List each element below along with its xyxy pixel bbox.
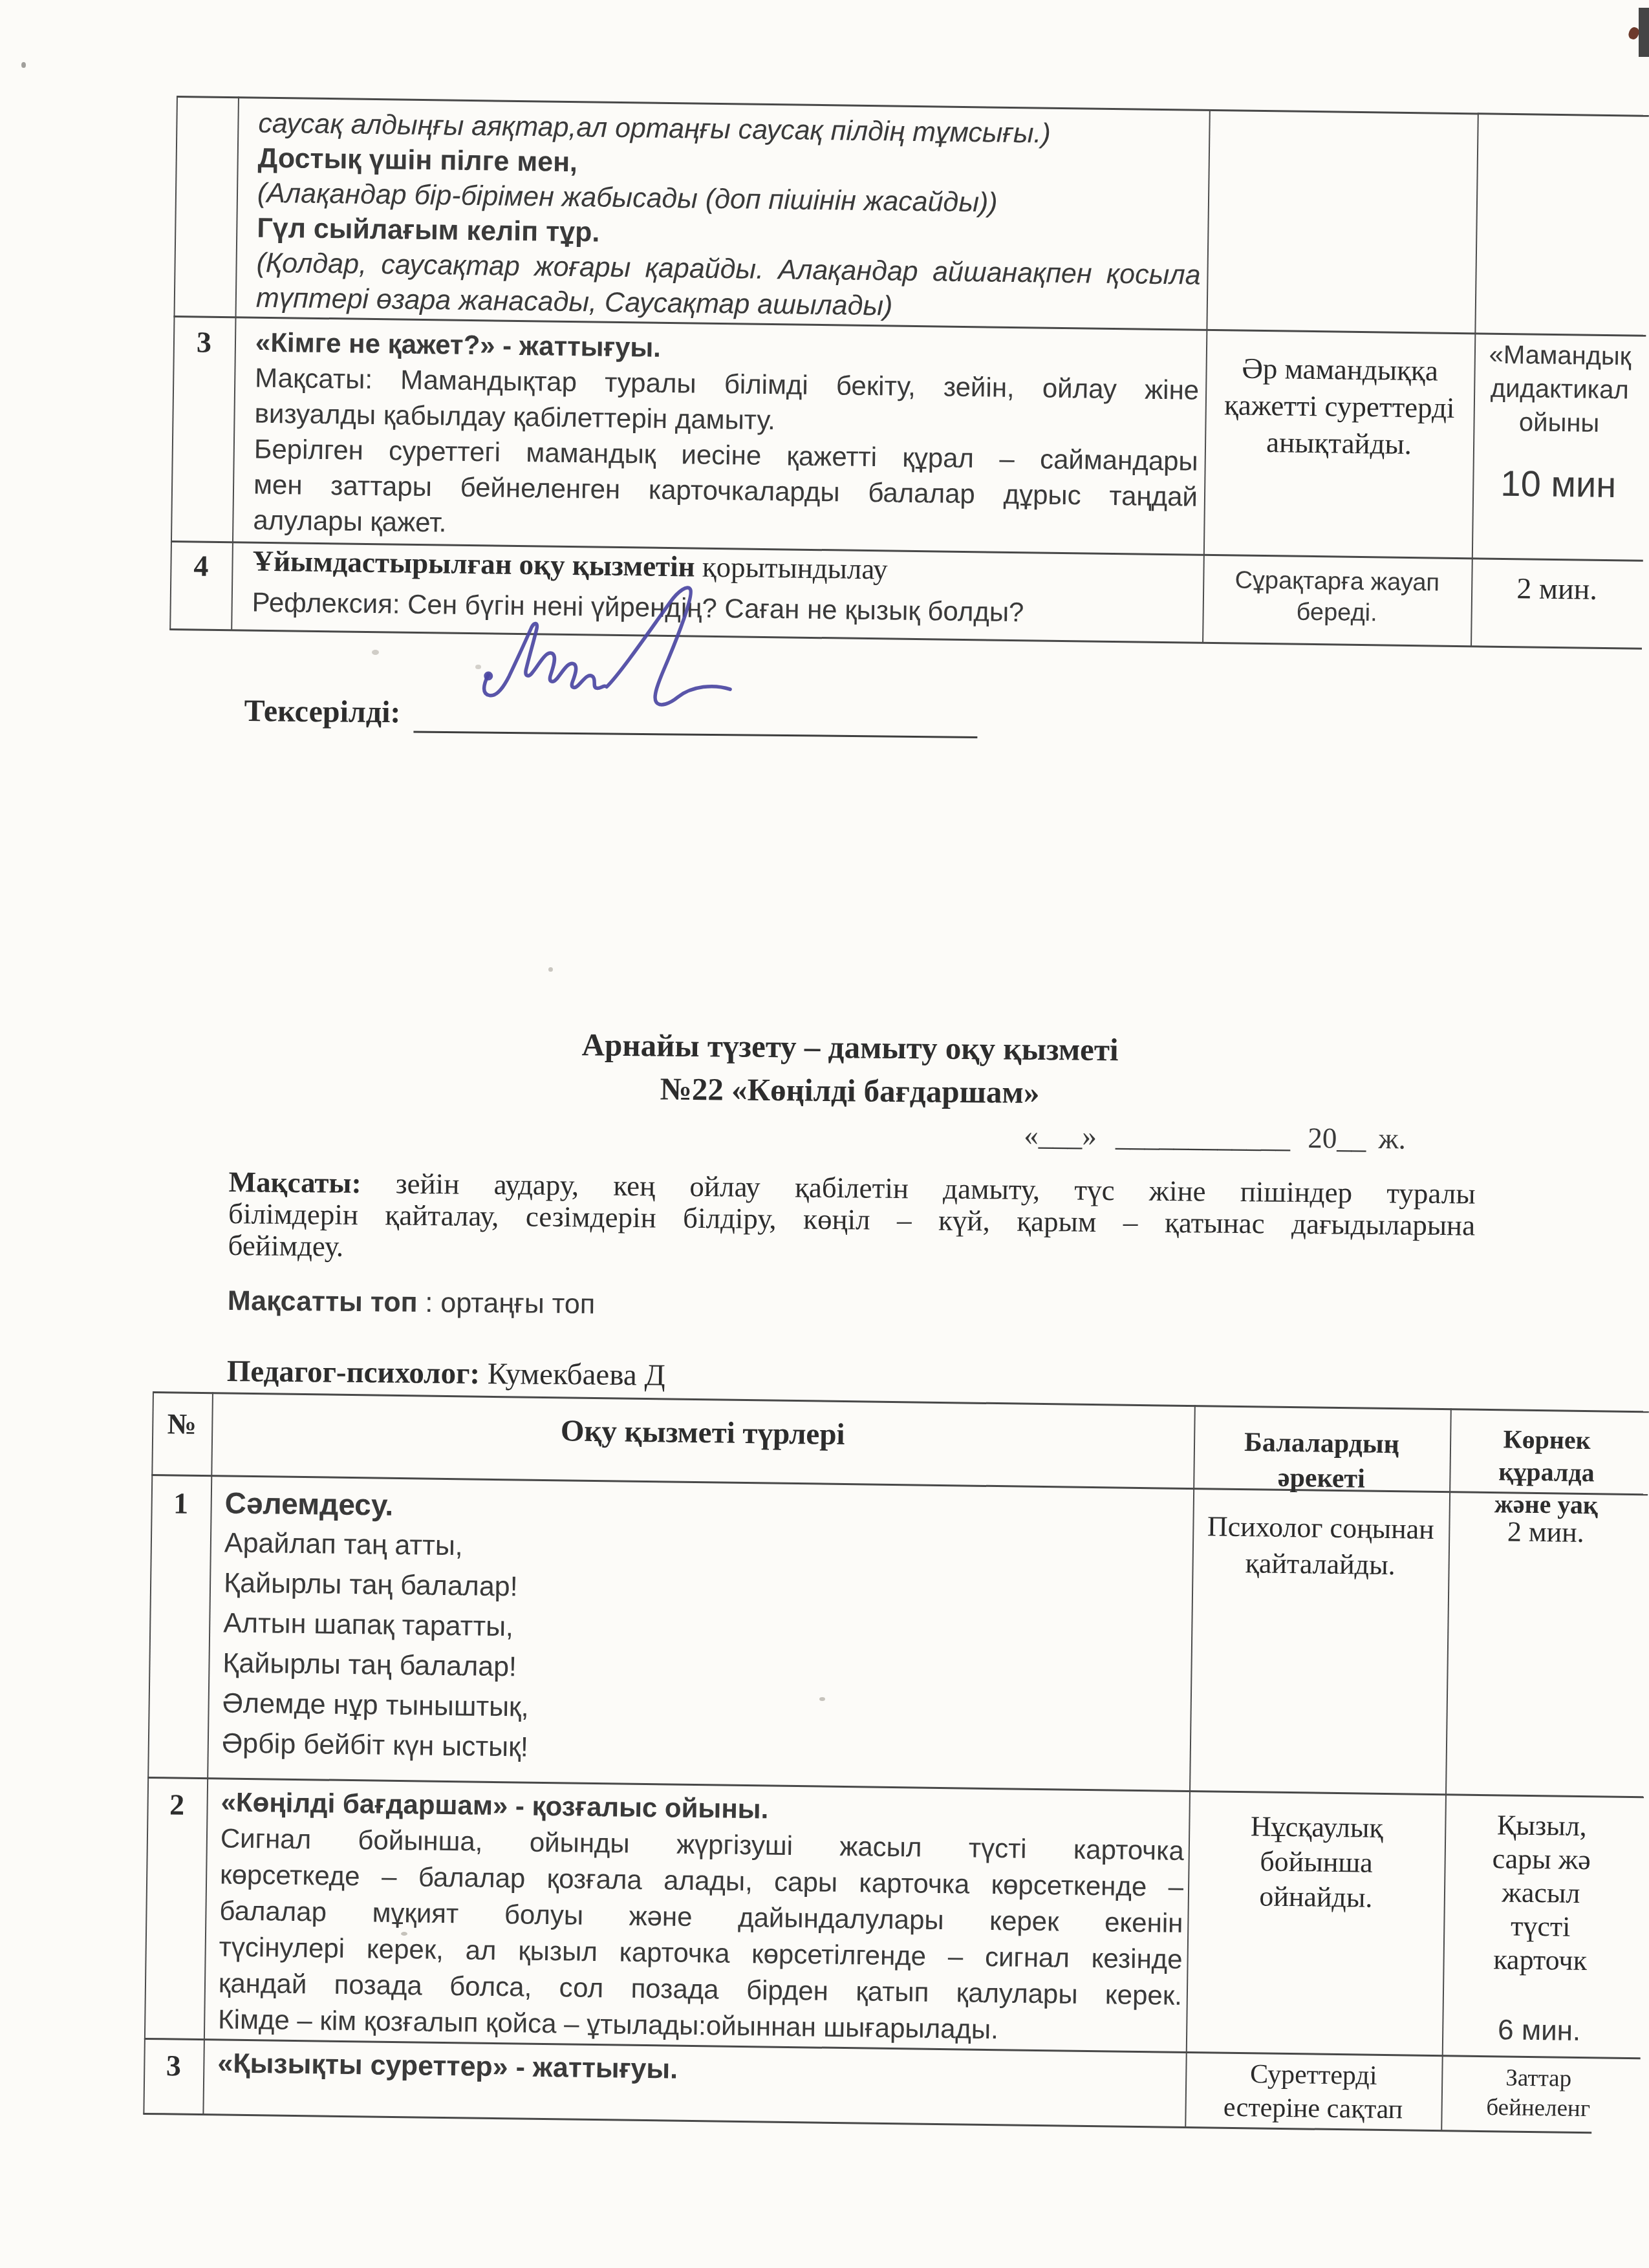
text-line: жасыл — [1444, 1875, 1639, 1911]
target-group-line: Мақсатты топ : ортаңғы топ — [228, 1285, 596, 1320]
text-line: түсті — [1443, 1909, 1638, 1945]
table-border — [169, 628, 1642, 650]
children-action-cell: Нұсқаулық бойынша ойнайды. — [1188, 1808, 1445, 1916]
resources-cell: «Мамандық дидактикал ойыны — [1473, 337, 1646, 440]
lesson-number-title: №22 «Көңілді бағдаршам» — [226, 1066, 1474, 1115]
row-number: 4 — [170, 548, 232, 583]
lesson-type-title: Арнайы түзету – дамыту оқу қызметі — [226, 1023, 1474, 1072]
scanned-lesson-plan-page: саусақ алдыңғы аяқтар,ал ортаңғы саусақ … — [0, 0, 1649, 2268]
target-group-label: Мақсатты топ — [228, 1285, 418, 1318]
text-line: Суреттерді — [1185, 2057, 1442, 2093]
text-line: әрекеті — [1193, 1459, 1450, 1497]
duration-value: 2 мин. — [1471, 570, 1643, 606]
text-line: бойынша — [1188, 1843, 1445, 1881]
handwritten-signature-ink — [452, 551, 816, 755]
text-line: карточк — [1443, 1942, 1637, 1978]
header-number-col: № — [152, 1407, 212, 1441]
goal-label: Мақсаты: — [228, 1166, 361, 1199]
resources-cell: Заттар бейнеленг — [1441, 2062, 1635, 2124]
text-line: бейнеленг — [1441, 2092, 1635, 2124]
header-activities-col: Оқу қызметі түрлері — [211, 1409, 1194, 1457]
row-number: 1 — [151, 1486, 211, 1521]
greeting-row-text: Сәлемдесу. Арайлап таң атты, Қайырлы таң… — [221, 1482, 1189, 1775]
duration-value: 10 мин — [1472, 462, 1644, 506]
row-number: 3 — [144, 2048, 204, 2083]
scan-edge-shadow — [1639, 8, 1649, 57]
text-line: ойыны — [1473, 405, 1645, 440]
text-line: анықтайды. — [1205, 423, 1474, 464]
traffic-light-game-text: «Көңілді бағдаршам» - қозғалыс ойыны. Си… — [218, 1784, 1185, 2049]
date-year: 20__ — [1308, 1122, 1366, 1155]
target-group-value: : ортаңғы топ — [417, 1287, 595, 1320]
text-line: «Мамандық — [1474, 337, 1646, 373]
psychologist-line: Педагог-психолог: Кумекбаева Д — [227, 1354, 665, 1393]
date-suffix: ж. — [1378, 1122, 1406, 1155]
row-number: 3 — [173, 325, 235, 359]
activity-title: «Қызықты суреттер» - жаттығуы. — [217, 2048, 1181, 2091]
resources-cell: Қызыл, сары жә жасыл түсті карточк — [1443, 1808, 1639, 1978]
date-quotes: «___» — [1024, 1119, 1097, 1152]
scan-artifact — [372, 650, 379, 655]
text-line: Көрнек — [1450, 1422, 1644, 1457]
text-line: ойнайды. — [1188, 1878, 1445, 1916]
text-line: Нұсқаулық — [1189, 1808, 1445, 1846]
children-action-cell: Сұрақтарға жауап береді. — [1202, 564, 1471, 630]
lesson-header-block: Арнайы түзету – дамыту оқу қызметі №22 «… — [222, 1023, 1487, 1410]
lesson-table-bottom: № Оқу қызметі түрлері Балалардың әрекеті… — [143, 1391, 1648, 2136]
scan-artifact — [548, 967, 553, 972]
text-line: Заттар — [1441, 2062, 1636, 2095]
text-line: Әр мамандыққа — [1205, 350, 1474, 390]
text-line: сары жә — [1444, 1841, 1639, 1878]
scan-artifact — [21, 62, 26, 68]
finger-game-text: саусақ алдыңғы аяқтар,ал ортаңғы саусақ … — [256, 106, 1203, 328]
checked-signature-block: Тексерілді: — [244, 693, 1150, 779]
psychologist-name: Кумекбаева Д — [480, 1357, 665, 1393]
text-line: береді. — [1202, 595, 1471, 630]
text-line: Қызыл, — [1445, 1808, 1639, 1844]
goal-paragraph: Мақсаты: зейін аудару, кең ойлау қабілет… — [228, 1166, 1475, 1274]
duration-value: 6 мин. — [1442, 2013, 1637, 2048]
text-line: Сұрақтарға жауап — [1203, 564, 1472, 599]
text-line: Психолог соңынан — [1192, 1508, 1449, 1548]
text-line: қайталайды. — [1192, 1545, 1449, 1584]
date-blank-line: «___» ____________ 20__ ж. — [1024, 1118, 1406, 1156]
children-action-cell: Суреттерді естеріне сақтап — [1185, 2057, 1441, 2127]
header-visual-aids-col: Көрнек құралда және уақ — [1449, 1422, 1644, 1522]
row-number: 2 — [147, 1787, 207, 1822]
children-action-cell: Психолог соңынан қайталайды. — [1192, 1508, 1449, 1584]
lesson-table-top: саусақ алдыңғы аяқтар,ал ортаңғы саусақ … — [169, 96, 1649, 649]
text-line: құралда — [1449, 1455, 1644, 1490]
duration-value: 2 мин. — [1449, 1514, 1643, 1550]
text-line: дидактикал — [1474, 371, 1646, 407]
psychologist-label: Педагог-психолог: — [227, 1354, 480, 1391]
checked-label: Тексерілді: — [244, 693, 400, 730]
children-action-cell: Әр мамандыққа қажетті суреттерді анықтай… — [1205, 350, 1474, 464]
text-line: қажетті суреттерді — [1205, 387, 1474, 427]
header-children-action-col: Балалардың әрекеті — [1193, 1424, 1450, 1497]
table-border — [231, 96, 239, 630]
activity-row-3-text: «Кімге не қажет?» - жаттығуы. Мақсаты: М… — [253, 325, 1200, 550]
date-blank: ____________ — [1115, 1120, 1290, 1154]
text-line: Балалардың — [1194, 1424, 1450, 1462]
text-line: естеріне сақтап — [1185, 2090, 1441, 2127]
